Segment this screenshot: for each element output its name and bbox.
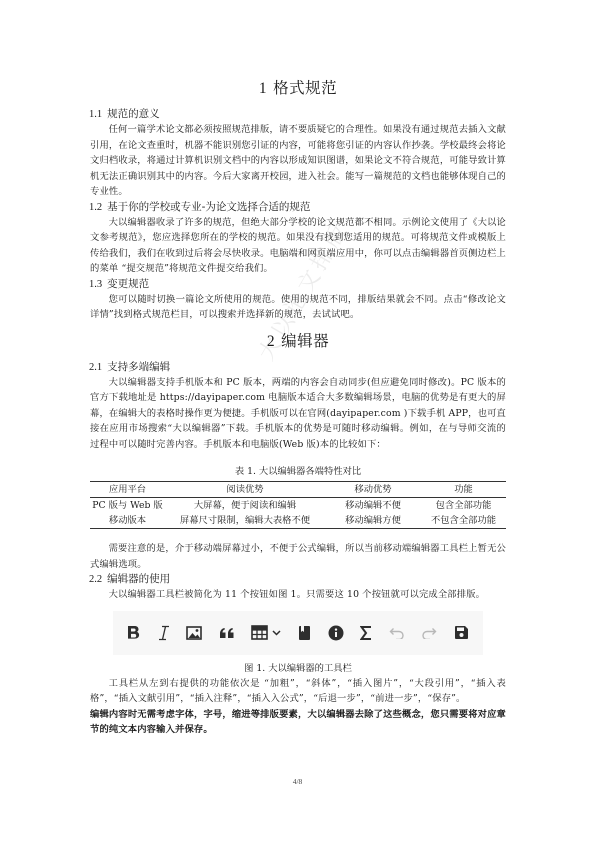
- section-number: 2.1: [89, 362, 102, 373]
- undo-icon: [389, 622, 405, 644]
- page-content: 1格式规范 1.1规范的意义 任何一篇学术论文都必须按照规范排版，请不要质疑它的…: [90, 78, 506, 738]
- table-cell: 屏幕尺寸限制，编辑大表格不便: [165, 513, 325, 529]
- chapter-number: 2: [267, 333, 275, 350]
- sigma-icon: [360, 622, 372, 644]
- section-number: 1.2: [89, 202, 102, 213]
- table-row: PC 版与 Web 版 大屏幕，便于阅读和编辑 移动编辑不便 包含全部功能: [90, 498, 506, 514]
- section-number: 1.1: [89, 109, 102, 120]
- redo-icon: [421, 622, 437, 644]
- table-cell: 移动编辑方便: [325, 513, 421, 529]
- table-cell: PC 版与 Web 版: [90, 498, 165, 514]
- italic-icon: [158, 622, 170, 644]
- chapter-2-heading: 2编辑器: [90, 331, 506, 352]
- table-cell: 包含全部功能: [421, 498, 506, 514]
- section-1-2-heading: 1.2基于你的学校或专业-为论文选择合适的规范: [89, 200, 506, 215]
- chapter-title: 格式规范: [273, 79, 337, 97]
- table-header-cell: 应用平台: [90, 482, 165, 498]
- bold-icon: [127, 622, 141, 644]
- chapter-title: 编辑器: [281, 332, 329, 350]
- table-caption: 表 1. 大以编辑器各端特性对比: [90, 464, 506, 479]
- info-icon: [328, 622, 344, 644]
- table-row: 移动版本 屏幕尺寸限制，编辑大表格不便 移动编辑方便 不包含全部功能: [90, 513, 506, 529]
- section-2-1-paragraph: 大以编辑器支持手机版本和 PC 版本，两端的内容会自动同步(但应避免同时修改)。…: [90, 375, 506, 453]
- chevron-down-icon: [272, 622, 281, 644]
- section-title: 支持多端编辑: [107, 361, 170, 373]
- section-title: 基于你的学校或专业-为论文选择合适的规范: [107, 201, 310, 213]
- section-1-1-heading: 1.1规范的意义: [89, 107, 506, 122]
- section-number: 2.2: [89, 574, 102, 585]
- table-cell: 大屏幕，便于阅读和编辑: [165, 498, 325, 514]
- section-2-2-paragraph: 大以编辑器工具栏被简化为 11 个按钮如图 1。只需要这 10 个按钮就可以完成…: [90, 587, 506, 603]
- section-1-1-paragraph: 任何一篇学术论文都必须按照规范排版，请不要质疑它的合理性。如果没有通过规范去插入…: [90, 122, 506, 200]
- table-dropdown: [251, 622, 281, 644]
- editor-toolbar-figure: [113, 611, 483, 655]
- section-2-1-note: 需要注意的是，介于移动端屏幕过小，不便于公式编辑，所以当前移动端编辑器工具栏上暂…: [90, 541, 506, 572]
- section-2-2-heading: 2.2编辑器的使用: [89, 572, 506, 587]
- section-title: 编辑器的使用: [107, 573, 170, 585]
- section-2-2-toolbar-description: 工具栏从左到右提供的功能依次是 “加粗”，“斜体”，“插入图片”，“大段引用”，…: [90, 676, 506, 707]
- table-header-cell: 阅读优势: [165, 482, 325, 498]
- table-header-cell: 功能: [421, 482, 506, 498]
- chapter-number: 1: [259, 80, 267, 97]
- table-icon: [251, 622, 268, 644]
- section-1-2-paragraph: 大以编辑器收录了许多的规范，但绝大部分学校的论文规范都不相同。示例论文使用了《大…: [90, 215, 506, 277]
- table-header-cell: 移动优势: [325, 482, 421, 498]
- section-1-3-paragraph: 您可以随时切换一篇论文所使用的规范。使用的规范不同，排版结果就会不同。点击“修改…: [90, 292, 506, 323]
- section-1-3-heading: 1.3变更规范: [89, 277, 506, 292]
- section-title: 规范的意义: [107, 108, 160, 120]
- figure-caption: 图 1. 大以编辑器的工具栏: [90, 661, 506, 676]
- table-cell: 不包含全部功能: [421, 513, 506, 529]
- image-icon: [186, 622, 202, 644]
- table-cell: 移动编辑不便: [325, 498, 421, 514]
- save-icon: [454, 622, 469, 644]
- table-cell: 移动版本: [90, 513, 165, 529]
- section-2-2-bold-note: 编辑内容时无需考虑字体，字号，缩进等排版要素，大以编辑器去除了这些概念，您只需要…: [90, 707, 506, 738]
- document-page: 大以论文排版 1格式规范 1.1规范的意义 任何一篇学术论文都必须按照规范排版，…: [0, 0, 595, 842]
- section-title: 变更规范: [107, 278, 149, 290]
- bookmark-icon: [298, 622, 311, 644]
- quote-icon: [219, 622, 235, 644]
- section-number: 1.3: [89, 279, 102, 290]
- table-header-row: 应用平台 阅读优势 移动优势 功能: [90, 482, 506, 498]
- comparison-table: 应用平台 阅读优势 移动优势 功能 PC 版与 Web 版 大屏幕，便于阅读和编…: [90, 481, 506, 529]
- chapter-1-heading: 1格式规范: [90, 78, 506, 99]
- section-2-1-heading: 2.1支持多端编辑: [89, 360, 506, 375]
- page-number: 4/8: [0, 777, 595, 786]
